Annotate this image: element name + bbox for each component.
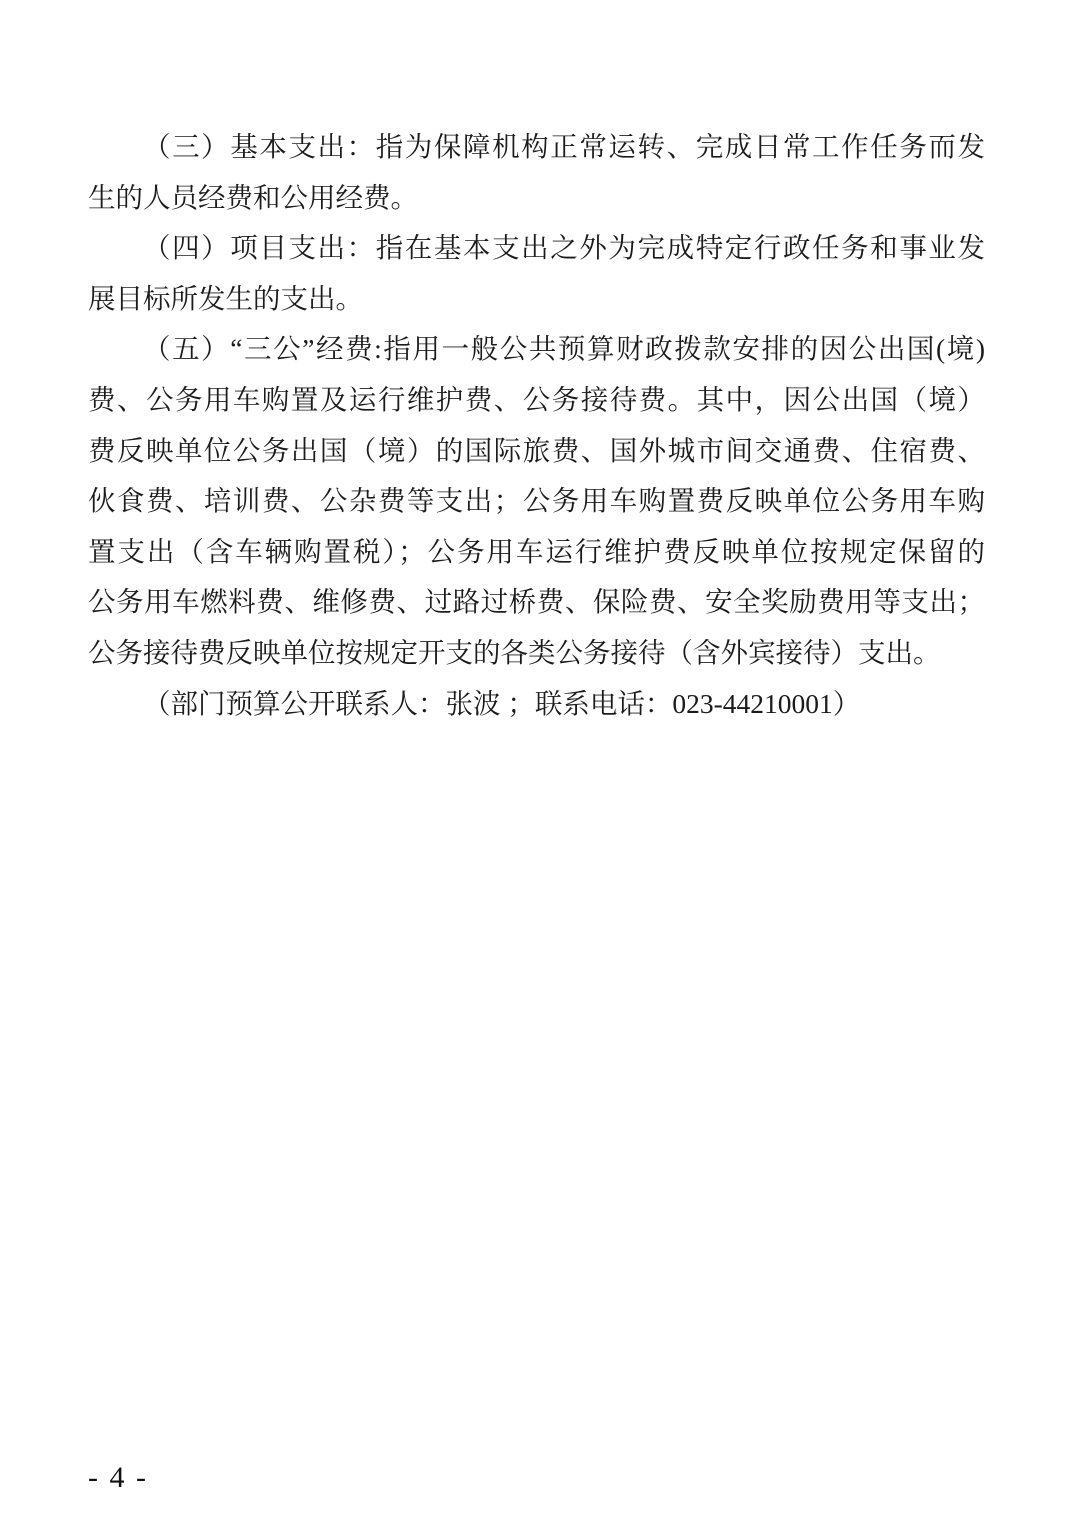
document-line: 费反映单位公务出国（境）的国际旅费、国外城市间交通费、住宿费、 bbox=[88, 426, 985, 477]
document-line: （四）项目支出：指在基本支出之外为完成特定行政任务和事业发 bbox=[88, 223, 985, 274]
document-line: （五）“三公”经费:指用一般公共预算财政拨款安排的因公出国(境) bbox=[88, 324, 985, 375]
document-line: 生的人员经费和公用经费。 bbox=[88, 173, 985, 224]
contact-line: （部门预算公开联系人：张波 ；联系电话：023-44210001） bbox=[88, 679, 985, 730]
document-body: （三）基本支出：指为保障机构正常运转、完成日常工作任务而发 生的人员经费和公用经… bbox=[88, 122, 985, 729]
document-line: 伙食费、培训费、公杂费等支出；公务用车购置费反映单位公务用车购 bbox=[88, 476, 985, 527]
document-line: （三）基本支出：指为保障机构正常运转、完成日常工作任务而发 bbox=[88, 122, 985, 173]
document-line: 费、公务用车购置及运行维护费、公务接待费。其中，因公出国（境） bbox=[88, 375, 985, 426]
document-page: （三）基本支出：指为保障机构正常运转、完成日常工作任务而发 生的人员经费和公用经… bbox=[0, 0, 1074, 1520]
document-line: 公务用车燃料费、维修费、过路过桥费、保险费、安全奖励费用等支出； bbox=[88, 577, 985, 628]
page-number: - 4 - bbox=[88, 1458, 148, 1498]
document-line: 展目标所发生的支出。 bbox=[88, 274, 985, 325]
document-line: 公务接待费反映单位按规定开支的各类公务接待（含外宾接待）支出。 bbox=[88, 628, 985, 679]
document-line: 置支出（含车辆购置税）；公务用车运行维护费反映单位按规定保留的 bbox=[88, 527, 985, 578]
